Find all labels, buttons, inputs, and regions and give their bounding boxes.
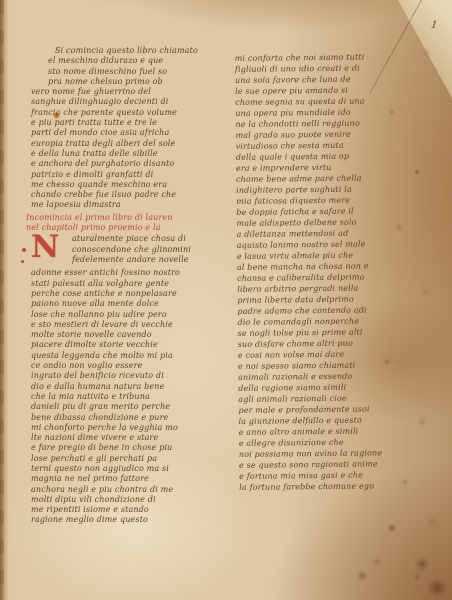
text-line: ce ondio non voglio essere (31, 361, 233, 371)
text-line: danieli piu di gran merito perche (31, 402, 233, 412)
text-line: bene dibassa chondizione e pure (31, 413, 233, 423)
initial-paragraph: N aturalmente piace chosa diconoscendone… (31, 234, 233, 267)
text-line: molte storie novelle cavendo (31, 330, 233, 340)
text-line: chando crebbe fue ilsuo padre che (31, 190, 233, 200)
illuminated-initial: N (31, 232, 59, 263)
right-lines: mi conforta che noi siamo tuttifigliuoli… (235, 51, 408, 493)
text-line: ingrato del benificio ricevuto di (31, 371, 233, 381)
text-line: la fortuna farebbe chomune ego (239, 480, 407, 493)
text-line: el meschino didurazo e que (48, 56, 233, 66)
paraph-dot-icon (21, 260, 24, 263)
text-line: stati palesati alla volghare gente (31, 279, 233, 289)
text-line: anchora negli e piu chontra di me (31, 485, 233, 495)
text-line: paiono nuove alla mente dolce (31, 299, 233, 309)
text-line: e sto mestieri di levare di vecchie (31, 320, 233, 330)
text-line: che la mia nativita e tribuna (31, 392, 233, 402)
text-line: e della luna tratta delle sibille (31, 149, 233, 159)
text-line: me ripentiti isiome e stando (31, 505, 233, 515)
text-line: noi possiamo non avino la ragione (239, 447, 407, 460)
text-line: me lapoesia dimastra (31, 200, 233, 210)
text-line: Si comincia questo libro chiamato (55, 46, 233, 56)
text-line: perche cose antiche e nonpelasare (31, 289, 233, 299)
manuscript-page: 1 Si comincia questo libro chiamatoel me… (0, 0, 452, 600)
text-line: europia tratta degli alberi del sole (31, 139, 233, 149)
foxing-spots (415, 170, 419, 174)
text-line: patrizio e dimolti granfatti di (31, 170, 233, 180)
paraph-dot-icon (22, 248, 26, 252)
stain-mottling (302, 480, 452, 600)
text-line: ragione meglio dime questo (31, 515, 233, 525)
text-line: vero nome fue ghuerrino del (31, 87, 233, 97)
binding-edge (0, 0, 9, 600)
text-line: sto nome dimeschino fuel so (48, 67, 233, 77)
text-line: magnia ne nel primo fattore (31, 474, 233, 484)
initial-lines: aturalmente piace chosa diconoscendone c… (72, 234, 233, 265)
text-line: e anchora del purghatorio disanto (31, 159, 233, 169)
text-line: piacere dimolte storie vecchie (31, 340, 233, 350)
text-line: lte nazioni dime vivere e stare (31, 433, 233, 443)
right-text-column: mi conforta che noi siamo tuttifigliuoli… (235, 51, 408, 493)
text-line: lose che nollanno piu udire pero (31, 310, 233, 320)
page-corner-fold (398, 0, 452, 98)
text-line: me chesso quande meschino era (31, 180, 233, 190)
text-line: adonne esser antichi fossino nostro (31, 268, 233, 278)
text-line: Incomincia el primo libro di lauren (26, 213, 233, 223)
text-line: e fare pregio di bene in chose piu (31, 443, 233, 453)
text-line: dio e dalla humana natura bene (31, 382, 233, 392)
text-line: aturalmente piace chosa di (72, 234, 233, 244)
left-header-lines: Si comincia questo libro chiamatoel mesc… (31, 46, 233, 211)
text-line: questa leggenda che molto mi pia (31, 351, 233, 361)
text-line: parti del mondo cioe asia africha (31, 128, 233, 138)
text-line: terni questo non aggiudico ma si (31, 464, 233, 474)
text-line: sanghue dilinghuagio decienti di (31, 97, 233, 107)
text-line: mi chonforto perche la vegghia mo (31, 423, 233, 433)
text-line: e piu parti tratta tutte e tre le (31, 118, 233, 128)
text-line: conoscendone che glinomini (72, 245, 233, 255)
text-line: francia che parente questo volume (31, 108, 233, 118)
text-line: molti dipiu vili chondizione di (31, 495, 233, 505)
text-line: pra nome chelsuo primo ob (48, 77, 233, 87)
text-line: fedelemente andare novelle (72, 255, 233, 265)
left-text-column: Si comincia questo libro chiamatoel mesc… (31, 46, 233, 526)
text-line: lose perchati e gli perchati pa (31, 454, 233, 464)
left-body-lines: adonne esser antichi fossino nostrostati… (31, 268, 233, 525)
